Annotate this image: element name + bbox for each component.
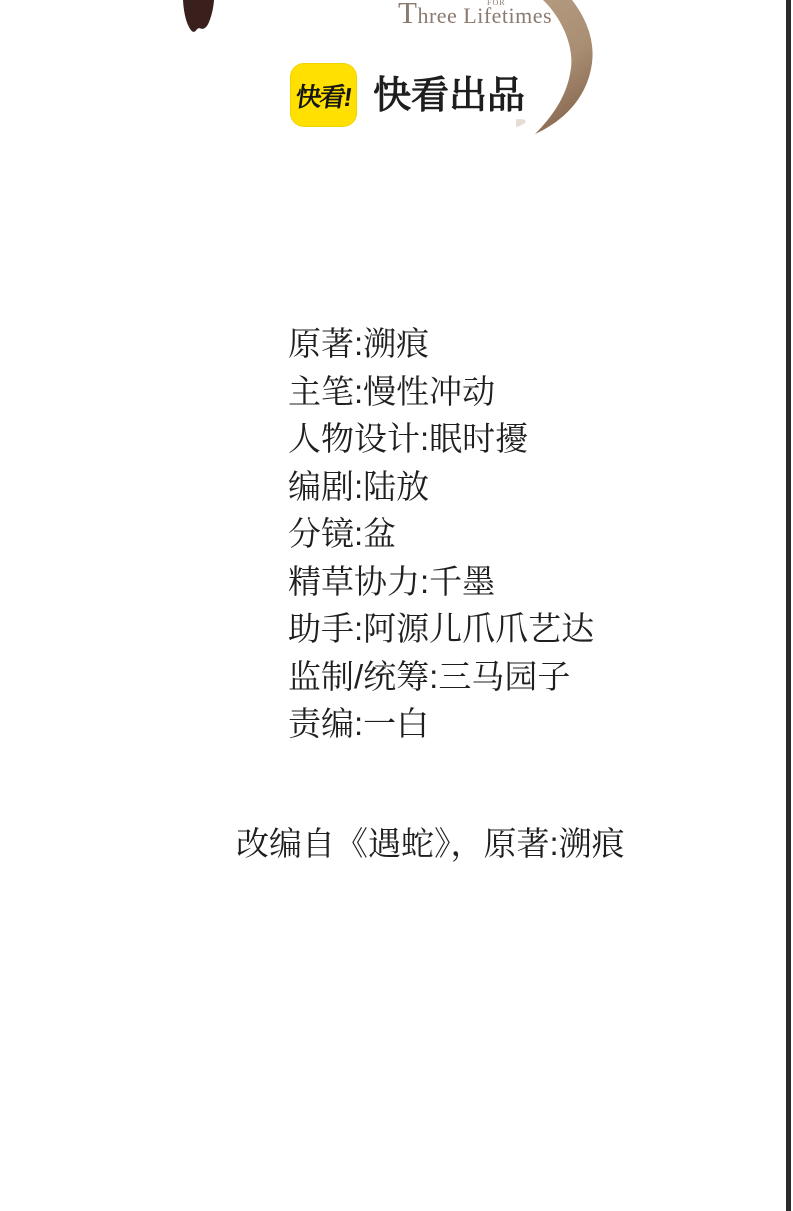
credit-line-storyboard: 分镜:盆 [288,510,594,558]
credit-line-editor: 责编:一白 [288,700,594,748]
credit-line-assistants: 助手:阿源儿爪爪艺达 [288,605,594,653]
ink-blob-graphic [180,0,220,40]
kuaikan-logo-icon: 快看! [290,63,357,127]
kuaikan-logo-text: 快看! [294,77,354,114]
adaptation-note: 改编自《遇蛇》，原著:溯痕 [236,825,625,863]
comic-credits-page: FOR Three Lifetimes 快看! 快看出品 原著:溯痕 主笔:慢性… [0,0,793,1211]
right-edge-bar [786,0,791,1211]
credits-list: 原著:溯痕 主笔:慢性冲动 人物设计:眠时擾 编剧:陆放 分镜:盆 精草协力:千… [288,320,594,748]
credit-line-character-design: 人物设计:眠时擾 [288,415,594,463]
credit-line-screenwriter: 编剧:陆放 [288,463,594,511]
credit-line-producer: 监制/统筹:三马园子 [288,653,594,701]
publisher-credit: 快看出品 [373,74,525,118]
credit-line-lead-artist: 主笔:慢性冲动 [288,368,594,416]
series-subtitle: Three Lifetimes [398,0,552,31]
credit-line-original-author: 原著:溯痕 [288,320,594,368]
credit-line-draft-assist: 精草协力:千墨 [288,558,594,606]
